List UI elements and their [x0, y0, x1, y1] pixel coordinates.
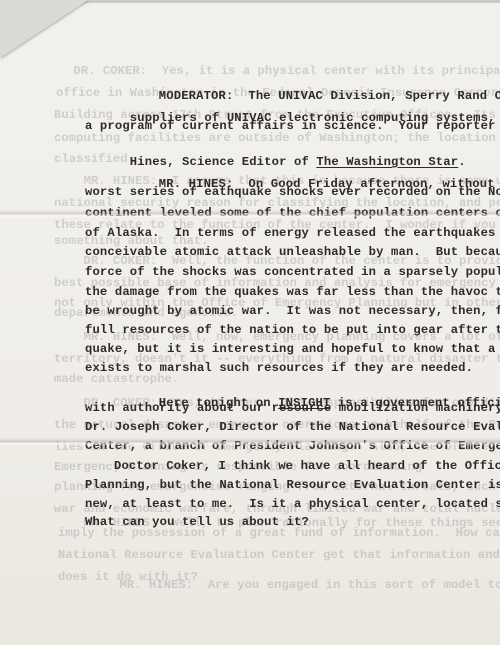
- bleed-line: MR. HINES: Are you engaged in this sort …: [90, 578, 500, 592]
- line: of Alaska. In terms of energy released t…: [85, 226, 500, 240]
- page-top-edge: [80, 0, 500, 3]
- line: new, at least to me. Is it a physical ce…: [85, 497, 500, 511]
- line: exists to marshal such resources if they…: [85, 361, 473, 375]
- line: Dr. Joseph Coker, Director of the Nation…: [85, 420, 500, 434]
- line: quake, but it is interesting and hopeful…: [85, 342, 500, 356]
- line: the damage from the quakes was far less …: [85, 285, 500, 299]
- line: Doctor Coker, I think we have all heard …: [114, 459, 500, 473]
- line: be wrought by atomic war. It was not nec…: [85, 304, 500, 318]
- folded-corner: [0, 0, 88, 58]
- line: a program of current affairs in science.…: [85, 119, 500, 133]
- line: worst series of eathquake shocks ever re…: [85, 185, 500, 199]
- line: full resources of the nation to be put i…: [85, 323, 500, 337]
- paper-fold-line: [0, 210, 500, 218]
- line: with authority about our resource mobili…: [85, 401, 500, 415]
- line: Planning, but the National Resource Eval…: [85, 478, 500, 492]
- document-page: DR. COKER: Yes, it is a physical center …: [0, 0, 500, 645]
- line: What can you tell us about it?: [85, 515, 309, 529]
- paper-fold-line: [0, 438, 500, 446]
- bleed-line: National Resource Evaluation Center get …: [58, 548, 500, 562]
- line: conceivable atomic attack unleashable by…: [85, 245, 500, 259]
- line: force of the shocks was concentrated in …: [85, 265, 500, 279]
